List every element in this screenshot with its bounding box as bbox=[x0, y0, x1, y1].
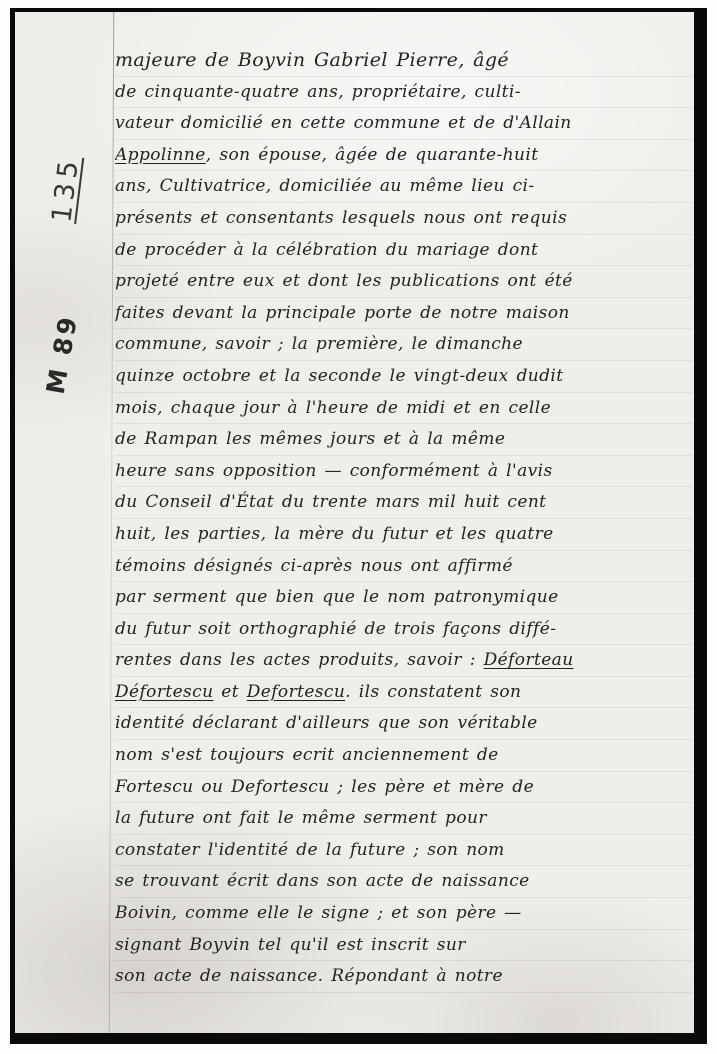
text-line: commune, savoir ; la première, le dimanc… bbox=[115, 329, 692, 361]
text-line: se trouvant écrit dans son acte de naiss… bbox=[115, 866, 692, 898]
text-line: ans, Cultivatrice, domiciliée au même li… bbox=[115, 171, 692, 203]
text-segment: vateur domicilié en cette commune et de … bbox=[115, 113, 572, 133]
text-line: Appolinne, son épouse, âgée de quarante-… bbox=[115, 140, 692, 172]
text-segment: , son épouse, âgée de quarante-huit bbox=[206, 145, 539, 165]
text-line: rentes dans les actes produits, savoir :… bbox=[115, 645, 692, 677]
text-line: projeté entre eux et dont les publicatio… bbox=[115, 266, 692, 298]
text-line: mois, chaque jour à l'heure de midi et e… bbox=[115, 393, 692, 425]
underlined-word: Déforteau bbox=[484, 650, 574, 670]
text-line: majeure de Boyvin Gabriel Pierre, âgé bbox=[115, 45, 692, 77]
text-segment: . ils constatent son bbox=[345, 682, 521, 702]
paper-surface: 135 M 89 majeure de Boyvin Gabriel Pierr… bbox=[15, 12, 694, 1033]
text-line: vateur domicilié en cette commune et de … bbox=[115, 108, 692, 140]
margin-rule-line bbox=[109, 12, 114, 1033]
text-line: présents et consentants lesquels nous on… bbox=[115, 203, 692, 235]
text-segment: se trouvant écrit dans son acte de naiss… bbox=[115, 871, 530, 891]
folio-number: 135 bbox=[46, 151, 85, 224]
text-line: du Conseil d'État du trente mars mil hui… bbox=[115, 487, 692, 519]
text-segment: commune, savoir ; la première, le dimanc… bbox=[115, 334, 523, 354]
text-segment: majeure de Boyvin Gabriel Pierre, âgé bbox=[115, 49, 509, 71]
margin-stamp: M 89 bbox=[41, 301, 86, 397]
text-line: signant Boyvin tel qu'il est inscrit sur bbox=[115, 930, 692, 962]
text-segment: Fortescu ou Defortescu ; les père et mèr… bbox=[115, 777, 534, 797]
text-segment: du Conseil d'État du trente mars mil hui… bbox=[115, 492, 546, 512]
text-segment: identité déclarant d'ailleurs que son vé… bbox=[115, 713, 538, 733]
text-line: constater l'identité de la future ; son … bbox=[115, 835, 692, 867]
text-segment: faites devant la principale porte de not… bbox=[115, 303, 570, 323]
text-line: témoins désignés ci-après nous ont affir… bbox=[115, 551, 692, 583]
text-segment: heure sans opposition — conformément à l… bbox=[115, 461, 553, 481]
text-segment: de procéder à la célébration du mariage … bbox=[115, 240, 538, 260]
text-segment: mois, chaque jour à l'heure de midi et e… bbox=[115, 398, 551, 418]
text-segment: huit, les parties, la mère du futur et l… bbox=[115, 524, 554, 544]
text-line: de procéder à la célébration du mariage … bbox=[115, 235, 692, 267]
text-segment: son acte de naissance. Répondant à notre bbox=[115, 966, 503, 986]
text-segment: la future ont fait le même serment pour bbox=[115, 808, 487, 828]
text-segment: rentes dans les actes produits, savoir : bbox=[115, 650, 484, 670]
scan-black-frame: 135 M 89 majeure de Boyvin Gabriel Pierr… bbox=[10, 8, 707, 1044]
text-segment: Boivin, comme elle le signe ; et son pèr… bbox=[115, 903, 522, 923]
text-segment: de Rampan les mêmes jours et à la même bbox=[115, 429, 505, 449]
text-line: Fortescu ou Defortescu ; les père et mèr… bbox=[115, 772, 692, 804]
scanned-register-page: 135 M 89 majeure de Boyvin Gabriel Pierr… bbox=[0, 0, 717, 1054]
text-segment: témoins désignés ci-après nous ont affir… bbox=[115, 556, 513, 576]
text-segment: nom s'est toujours ecrit anciennement de bbox=[115, 745, 499, 765]
text-segment: ans, Cultivatrice, domiciliée au même li… bbox=[115, 176, 534, 196]
text-line: Boivin, comme elle le signe ; et son pèr… bbox=[115, 898, 692, 930]
text-line: huit, les parties, la mère du futur et l… bbox=[115, 519, 692, 551]
text-line: de cinquante-quatre ans, propriétaire, c… bbox=[115, 77, 692, 109]
text-segment: signant Boyvin tel qu'il est inscrit sur bbox=[115, 935, 466, 955]
text-line: du futur soit orthographié de trois faço… bbox=[115, 614, 692, 646]
text-segment: projeté entre eux et dont les publicatio… bbox=[115, 271, 573, 291]
text-line: de Rampan les mêmes jours et à la même bbox=[115, 424, 692, 456]
text-segment: de cinquante-quatre ans, propriétaire, c… bbox=[115, 82, 521, 102]
underlined-word: Appolinne bbox=[115, 145, 206, 165]
text-line: heure sans opposition — conformément à l… bbox=[115, 456, 692, 488]
text-segment: constater l'identité de la future ; son … bbox=[115, 840, 505, 860]
text-line: par serment que bien que le nom patronym… bbox=[115, 582, 692, 614]
text-segment: quinze octobre et la seconde le vingt-de… bbox=[115, 366, 563, 386]
underlined-word: Defortescu bbox=[247, 682, 345, 702]
text-line: faites devant la principale porte de not… bbox=[115, 298, 692, 330]
text-line: son acte de naissance. Répondant à notre bbox=[115, 961, 692, 993]
underlined-word: Défortescu bbox=[115, 682, 213, 702]
text-segment: et bbox=[213, 682, 246, 702]
text-line: nom s'est toujours ecrit anciennement de bbox=[115, 740, 692, 772]
text-line: quinze octobre et la seconde le vingt-de… bbox=[115, 361, 692, 393]
text-line: identité déclarant d'ailleurs que son vé… bbox=[115, 708, 692, 740]
text-line: la future ont fait le même serment pour bbox=[115, 803, 692, 835]
text-segment: par serment que bien que le nom patronym… bbox=[115, 587, 559, 607]
text-segment: du futur soit orthographié de trois faço… bbox=[115, 619, 556, 639]
text-line: Défortescu et Defortescu. ils constatent… bbox=[115, 677, 692, 709]
text-segment: présents et consentants lesquels nous on… bbox=[115, 208, 567, 228]
handwritten-text: majeure de Boyvin Gabriel Pierre, âgéde … bbox=[115, 45, 692, 993]
